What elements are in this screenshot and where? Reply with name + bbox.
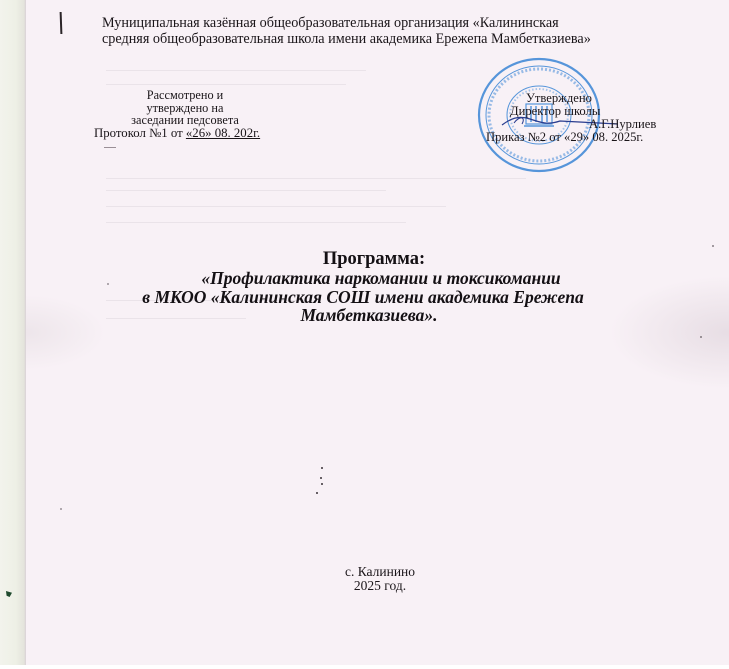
director-approval-block: Утверждено Директор школы А.Г.Нурлиев Пр… [486, 92, 722, 144]
program-name: «Профилактика наркомании и токсикомании … [118, 269, 608, 325]
scanned-document: Муниципальная казённая общеобразовательн… [0, 0, 729, 669]
bleed-through-line [106, 190, 386, 191]
order-line: Приказ №2 от «29» 08. 2025г. [486, 131, 722, 144]
program-heading: Программа: [118, 250, 608, 269]
bleed-through-line [106, 84, 346, 85]
scan-speck [321, 467, 323, 469]
document-year: 2025 год. [300, 579, 460, 593]
bleed-through-line [106, 178, 526, 179]
document-footer: с. Калинино 2025 год. [300, 565, 460, 593]
program-name-line-2: в МКОО «Калининская СОШ имени академика … [118, 288, 608, 307]
program-title-block: Программа: «Профилактика наркомании и то… [118, 250, 608, 325]
program-name-line-3: Мамбетказиева». [118, 306, 608, 325]
approval-left-line-1: Рассмотрено и [100, 89, 270, 102]
scan-speck [700, 336, 702, 338]
scan-speck [316, 492, 318, 494]
place-name: с. Калинино [300, 565, 460, 579]
bleed-through-line [106, 206, 446, 207]
scan-speck [60, 508, 62, 510]
scan-speck [321, 483, 323, 485]
protocol-line: Протокол №1 от «26» 08. 202г. [94, 127, 304, 140]
scan-speck [107, 283, 109, 285]
protocol-prefix: Протокол №1 от [94, 126, 186, 140]
scan-speck [320, 477, 322, 479]
protocol-date: «26» 08. 202г. [186, 126, 260, 140]
council-approval-block: Рассмотрено и утверждено на заседании пе… [100, 89, 270, 139]
organization-header: Муниципальная казённая общеобразовательн… [102, 15, 722, 47]
scan-bottom-edge [0, 665, 729, 669]
bleed-through-line [106, 70, 366, 71]
org-header-line-2: средняя общеобразовательная школа имени … [102, 31, 722, 47]
program-name-line-1: «Профилактика наркомании и токсикомании [118, 269, 608, 288]
bleed-through-line [106, 222, 406, 223]
scan-edge-strip [0, 0, 26, 669]
scan-dash-mark [104, 147, 116, 148]
scan-speck [712, 245, 714, 247]
org-header-line-1: Муниципальная казённая общеобразовательн… [102, 15, 722, 31]
